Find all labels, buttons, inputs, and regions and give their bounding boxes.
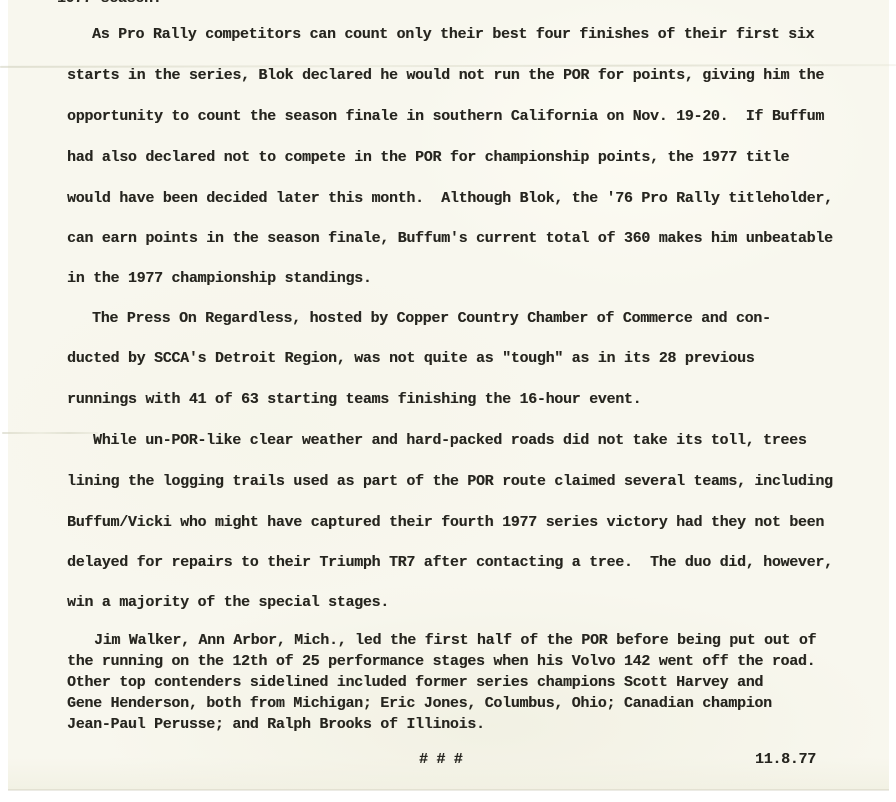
body-line: ducted by SCCA's Detroit Region, was not… [67, 349, 754, 368]
scanned-document-page: 1977 season. As Pro Rally competitors ca… [0, 0, 896, 802]
body-line: The Press On Regardless, hosted by Coppe… [92, 309, 771, 328]
body-line: Jean-Paul Perusse; and Ralph Brooks of I… [67, 715, 485, 734]
body-line: As Pro Rally competitors can count only … [92, 25, 814, 44]
end-mark: # # # [419, 750, 463, 769]
body-line: in the 1977 championship standings. [67, 269, 372, 288]
body-line: While un-POR-like clear weather and hard… [93, 431, 807, 450]
body-line: would have been decided later this month… [67, 189, 833, 208]
body-line: Jim Walker, Ann Arbor, Mich., led the fi… [94, 631, 816, 650]
body-line: lining the logging trails used as part o… [67, 472, 833, 491]
cutoff-line-fragment: 1977 season. [57, 0, 161, 8]
body-line: Buffum/Vicki who might have captured the… [67, 513, 824, 532]
body-line: had also declared not to compete in the … [67, 148, 789, 167]
body-line: can earn points in the season finale, Bu… [67, 229, 833, 248]
body-line: Gene Henderson, both from Michigan; Eric… [67, 694, 772, 713]
body-line: the running on the 12th of 25 performanc… [67, 652, 815, 671]
body-line: win a majority of the special stages. [67, 593, 389, 612]
body-line: starts in the series, Blok declared he w… [67, 66, 824, 85]
body-line: delayed for repairs to their Triumph TR7… [67, 553, 833, 572]
date-stamp: 11.8.77 [755, 750, 816, 769]
body-line: runnings with 41 of 63 starting teams fi… [67, 390, 641, 409]
scan-artifact-line [2, 432, 98, 434]
body-line: opportunity to count the season finale i… [67, 107, 824, 126]
body-line: Other top contenders sidelined included … [67, 673, 763, 692]
